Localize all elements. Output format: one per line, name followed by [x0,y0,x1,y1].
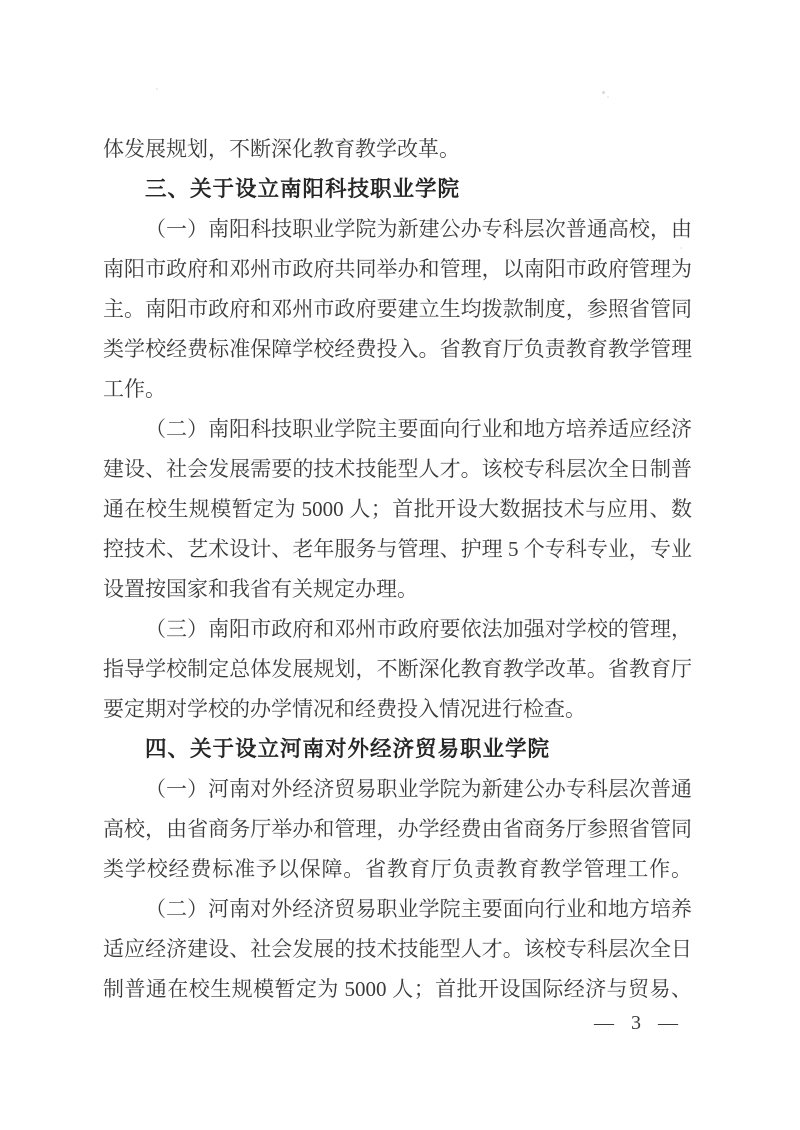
document-line: 控技术、艺术设计、老年服务与管理、护理 5 个专科专业，专业 [103,529,692,569]
document-line: 工作。 [103,369,692,409]
document-line: 主。南阳市政府和邓州市政府要建立生均拨款制度，参照省管同 [103,289,692,329]
document-line: 类学校经费标准保障学校经费投入。省教育厅负责教育教学管理 [103,329,692,369]
document-line: 适应经济建设、社会发展的技术技能型人才。该校专科层次全日 [103,929,692,969]
document-line: 体发展规划，不断深化教育教学改革。 [103,129,692,169]
scan-speck [680,247,682,249]
document-line: 高校，由省商务厅举办和管理，办学经费由省商务厅参照省管同 [103,809,692,849]
document-line: 指导学校制定总体发展规划，不断深化教育教学改革。省教育厅 [103,649,692,689]
document-line: 通在校生规模暂定为 5000 人；首批开设大数据技术与应用、数 [103,489,692,529]
document-text-block: 体发展规划，不断深化教育教学改革。 三、关于设立南阳科技职业学院 （一）南阳科技… [103,129,692,1009]
scan-speck [602,91,605,94]
document-line: 南阳市政府和邓州市政府共同举办和管理，以南阳市政府管理为 [103,249,692,289]
document-line: 类学校经费标准予以保障。省教育厅负责教育教学管理工作。 [103,849,692,889]
document-line: （一）河南对外经济贸易职业学院为新建公办专科层次普通 [103,769,692,809]
document-line: 建设、社会发展需要的技术技能型人才。该校专科层次全日制普 [103,449,692,489]
document-line: （一）南阳科技职业学院为新建公办专科层次普通高校，由 [103,209,692,249]
document-line: 设置按国家和我省有关规定办理。 [103,569,692,609]
document-page: 体发展规划，不断深化教育教学改革。 三、关于设立南阳科技职业学院 （一）南阳科技… [0,0,800,1130]
document-line: （三）南阳市政府和邓州市政府要依法加强对学校的管理， [103,609,692,649]
document-line: 要定期对学校的办学情况和经费投入情况进行检查。 [103,689,692,729]
document-line: （二）河南对外经济贸易职业学院主要面向行业和地方培养 [103,889,692,929]
section-heading: 四、关于设立河南对外经济贸易职业学院 [103,729,692,769]
document-line: 制普通在校生规模暂定为 5000 人；首批开设国际经济与贸易、 [103,969,692,1009]
document-line: （二）南阳科技职业学院主要面向行业和地方培养适应经济 [103,409,692,449]
scan-speck [156,88,158,90]
section-heading: 三、关于设立南阳科技职业学院 [103,169,692,209]
page-number: — 3 — [594,1005,680,1041]
scan-speck [607,96,609,98]
